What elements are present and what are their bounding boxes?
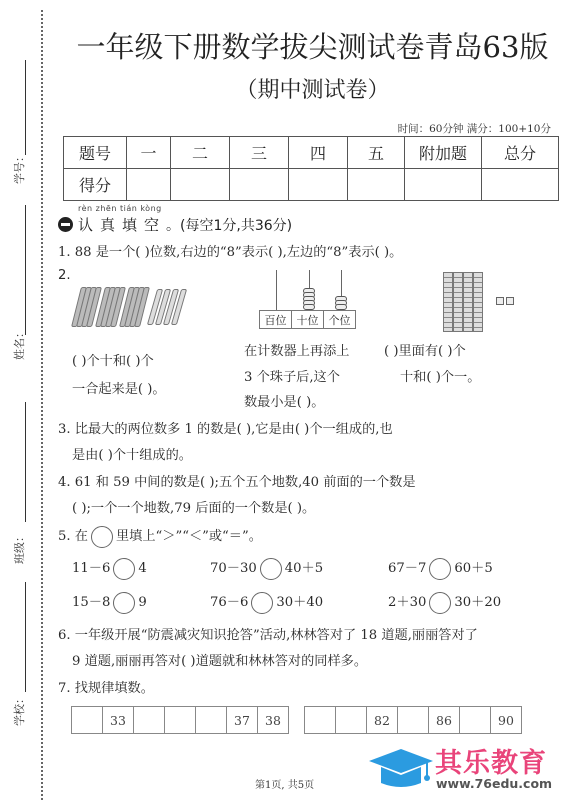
score-cell[interactable] [230, 169, 289, 201]
compare-right: 30＋40 [276, 595, 323, 610]
compare-item: 76－630＋40 [210, 591, 323, 614]
place-tens: 十位 [292, 311, 324, 329]
binding-dotted-line [41, 10, 43, 800]
student-id-line [25, 60, 26, 155]
name-line [25, 205, 26, 335]
compare-right: 9 [138, 595, 146, 610]
compare-item: 70－3040＋5 [210, 557, 323, 580]
compare-answer-circle[interactable] [113, 558, 135, 580]
question-2b-line1: 在计数器上再添上 [244, 340, 350, 359]
score-table-score-row: 得分 [64, 169, 559, 201]
section-title: 认真填空 [78, 214, 166, 235]
score-header-cell: 总分 [482, 137, 559, 169]
score-row-label: 得分 [64, 169, 127, 201]
section-note: 。(每空1分,共36分) [166, 215, 292, 235]
compare-right: 60＋5 [454, 561, 492, 576]
question-3-line1: 3. 比最大的两位数多 1 的数是( ),它是由( )个一组成的,也 [58, 418, 393, 437]
question-2c-line2: 十和( )个一。 [400, 366, 480, 385]
sticks-illustration [72, 285, 192, 330]
sequence-cell[interactable] [336, 707, 367, 734]
sequence-cell[interactable] [305, 707, 336, 734]
question-2b-line2: 3 个珠子后,这个 [244, 366, 340, 385]
score-cell[interactable] [127, 169, 171, 201]
place-hundreds: 百位 [260, 311, 292, 329]
compare-left: 11－6 [72, 561, 110, 576]
question-4-line2: ( );一个一个地数,79 后面的一个数是( )。 [72, 497, 315, 516]
sequence-cell: 82 [367, 707, 398, 734]
student-id-label: 学号： [11, 168, 27, 184]
compare-item: 15－89 [72, 591, 147, 614]
place-ones: 个位 [324, 311, 356, 329]
sequence-cell[interactable] [72, 707, 103, 734]
compare-right: 30＋20 [454, 595, 501, 610]
logo-text: 其乐教育 [435, 741, 547, 780]
compare-left: 2＋30 [388, 595, 426, 610]
compare-item: 67－760＋5 [388, 557, 493, 580]
score-table: 题号 一 二 三 四 五 附加题 总分 得分 [63, 136, 559, 201]
question-7: 7. 找规律填数。 [58, 677, 154, 696]
score-header-cell: 一 [127, 137, 171, 169]
sequence-cell[interactable] [460, 707, 491, 734]
score-header-cell: 四 [289, 137, 348, 169]
score-header-cell: 二 [171, 137, 230, 169]
question-6-line1: 6. 一年级开展“防震减灾知识抢答”活动,林林答对了 18 道题,丽丽答对了 [58, 624, 478, 643]
sequence-cell[interactable] [196, 707, 227, 734]
sequence-cell: 86 [429, 707, 460, 734]
school-label: 学校： [11, 710, 27, 726]
minus-circle-icon [58, 217, 73, 232]
question-5-instruction: 里填上“＞”“＜”或“＝”。 [116, 529, 262, 544]
compare-left: 67－7 [388, 561, 426, 576]
compare-right: 40＋5 [285, 561, 323, 576]
sequence-cell[interactable] [165, 707, 196, 734]
question-6-line2: 9 道题,丽丽再答对( )道题就和林林答对的同样多。 [72, 650, 367, 669]
section-pinyin: rèn zhēn tián kòng [78, 204, 162, 213]
score-cell[interactable] [348, 169, 405, 201]
sequence-cell: 90 [491, 707, 522, 734]
score-header-cell: 题号 [64, 137, 127, 169]
score-cell[interactable] [171, 169, 230, 201]
compare-item: 11－64 [72, 557, 147, 580]
compare-right: 4 [138, 561, 146, 576]
compare-answer-circle[interactable] [113, 592, 135, 614]
time-info: 时间：60分钟 满分：100+10分 [398, 121, 551, 136]
page-number: 第1页, 共5页 [255, 776, 314, 791]
sequence-cell[interactable] [134, 707, 165, 734]
compare-answer-circle[interactable] [251, 592, 273, 614]
sequence-cell: 38 [258, 707, 289, 734]
abacus-place-labels: 百位 十位 个位 [259, 310, 356, 329]
logo-url[interactable]: www.76edu.com [436, 776, 552, 791]
question-5: 5. 在里填上“＞”“＜”或“＝”。 [58, 525, 262, 548]
question-2c-line1: ( )里面有( )个 [384, 340, 466, 359]
sequence-2: 82 86 90 [304, 706, 522, 734]
compare-answer-circle[interactable] [429, 558, 451, 580]
question-2a-line1: ( )个十和( )个 [72, 350, 154, 369]
compare-answer-circle[interactable] [429, 592, 451, 614]
compare-left: 15－8 [72, 595, 110, 610]
compare-answer-circle[interactable] [260, 558, 282, 580]
compare-circle-icon [91, 526, 113, 548]
score-cell[interactable] [289, 169, 348, 201]
question-2a-line2: 一合起来是( )。 [72, 378, 166, 397]
score-cell[interactable] [482, 169, 559, 201]
score-cell[interactable] [405, 169, 482, 201]
compare-left: 76－6 [210, 595, 248, 610]
class-label: 班级： [11, 548, 27, 564]
question-3-line2: 是由( )个十组成的。 [72, 444, 192, 463]
sequence-cell[interactable] [398, 707, 429, 734]
class-line [25, 402, 26, 522]
section-header: 认真填空 。(每空1分,共36分) [58, 214, 292, 235]
sequence-cell: 33 [103, 707, 134, 734]
sequence-1: 33 37 38 [71, 706, 289, 734]
score-header-cell: 五 [348, 137, 405, 169]
compare-left: 70－30 [210, 561, 257, 576]
question-2-number: 2. [58, 268, 71, 283]
question-4-line1: 4. 61 和 59 中间的数是( );五个五个地数,40 前面的一个数是 [58, 471, 416, 490]
question-5-prefix: 5. 在 [58, 529, 88, 544]
sequence-cell: 37 [227, 707, 258, 734]
score-table-header-row: 题号 一 二 三 四 五 附加题 总分 [64, 137, 559, 169]
compare-item: 2＋3030＋20 [388, 591, 501, 614]
page-title: 一年级下册数学拔尖测试卷青岛63版 [60, 25, 565, 66]
score-header-cell: 三 [230, 137, 289, 169]
graduation-cap-icon [367, 745, 435, 790]
school-line [25, 582, 26, 692]
question-2b-line3: 数最小是( )。 [244, 391, 324, 410]
score-header-cell: 附加题 [405, 137, 482, 169]
page-subtitle: （期中测试卷） [60, 73, 565, 104]
question-1: 1. 88 是一个( )位数,右边的“8”表示( ),左边的“8”表示( )。 [58, 241, 402, 260]
name-label: 姓名： [11, 344, 27, 360]
